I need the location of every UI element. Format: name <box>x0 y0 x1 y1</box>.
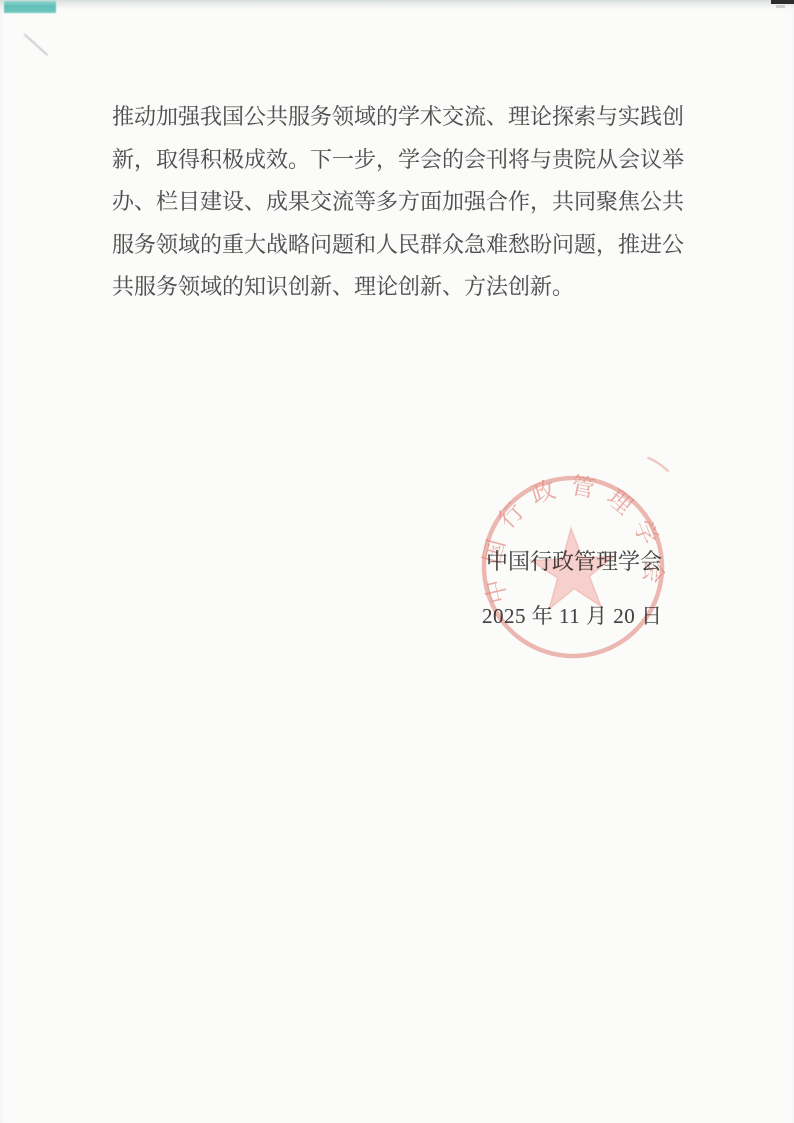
paragraph-line: 共服务领域的知识创新、理论创新、方法创新。 <box>112 266 684 309</box>
paragraph-line: 推动加强我国公共服务领域的学术交流、理论探索与实践创 <box>112 96 684 139</box>
scanner-corner-speck <box>776 5 785 8</box>
paragraph-line: 办、栏目建设、成果交流等多方面加强合作，共同聚焦公共 <box>112 181 684 224</box>
paragraph-line: 新，取得积极成效。下一步，学会的会刊将与贵院从会议举 <box>112 139 684 182</box>
paragraph-line: 服务领域的重大战略问题和人民群众急难愁盼问题，推进公 <box>112 224 684 267</box>
stray-ink-mark <box>648 457 668 472</box>
date-line: 2025 年 11 月 20 日 <box>482 600 662 630</box>
scan-scratch-mark <box>23 33 48 56</box>
scanner-corner-mark <box>771 0 794 4</box>
body-paragraph: 推动加强我国公共服务领域的学术交流、理论探索与实践创 新，取得积极成效。下一步，… <box>112 96 684 309</box>
scan-artifact-teal-patch <box>4 1 56 13</box>
scanned-letter-page: 推动加强我国公共服务领域的学术交流、理论探索与实践创 新，取得积极成效。下一步，… <box>0 0 794 1123</box>
scan-edge-shadow <box>0 0 794 10</box>
organization-name: 中国行政管理学会 <box>486 545 662 576</box>
